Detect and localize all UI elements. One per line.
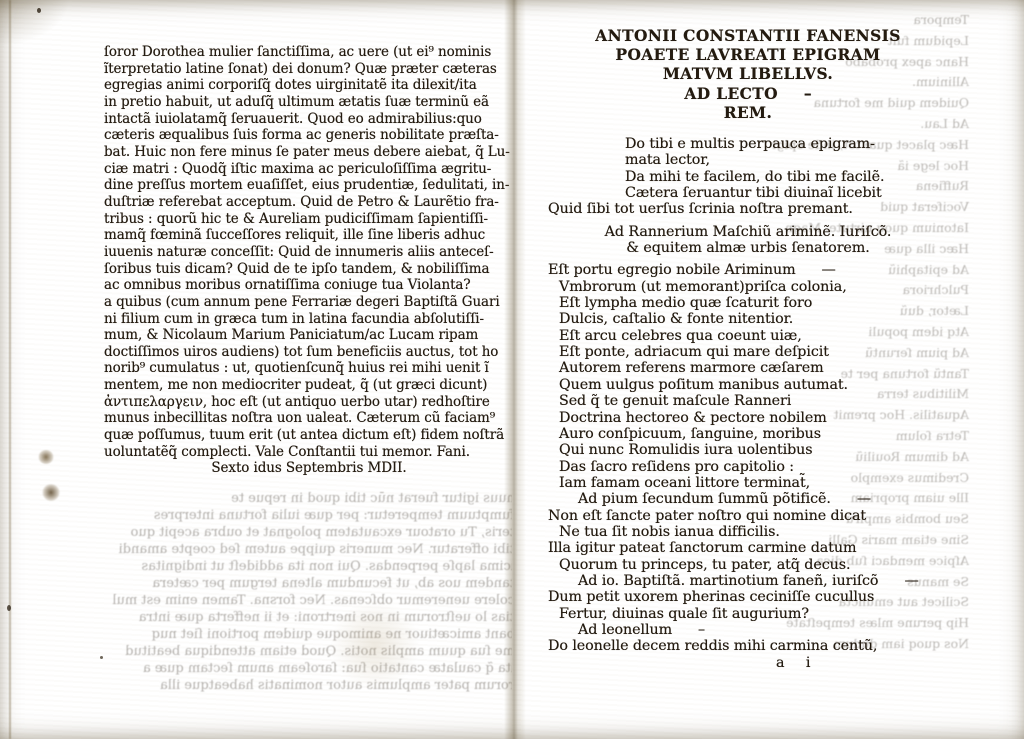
text-line: Non eſt ſancte pater noſtro qui nomine d… xyxy=(548,508,948,524)
text-line: ſoror Dorothea mulier ſanctiſſima, ac ue… xyxy=(104,44,512,61)
text-line: ĩterpretatio latine ſonat) dei donum? Qu… xyxy=(104,61,512,78)
right-page: TemporaLepidum fuitHanc apex probaboAlli… xyxy=(512,0,1024,739)
text-line: Vmbrorum (ut memorant)priſca colonia, xyxy=(548,279,948,295)
text-line: Eſt ponte, adriacum qui mare deſpicit xyxy=(548,344,948,360)
text-line: Dulcis, caſtalio & fonte nitentior. xyxy=(548,311,948,327)
text-line xyxy=(548,123,948,136)
text-line: cæteris æqualibus ſuis forma ac generis … xyxy=(104,127,512,144)
text-line: munus inbecillitas noſtra uon ualeat. Cæ… xyxy=(104,410,512,427)
left-page: nuus igitur fuerat nūc tibi quod in repu… xyxy=(0,0,512,739)
text-line: Cætera ſeruantur tibi diuinaĩ licebit xyxy=(548,185,948,201)
text-line: me ſua quum amplis notis. Quod etiam att… xyxy=(103,643,512,660)
text-line: ita q̃ caulatæ cantatio ſua: ſaroſeam an… xyxy=(103,660,512,677)
foxing-spot xyxy=(42,484,60,501)
showthrough-text: nuus igitur fuerat nūc tibi quod in repu… xyxy=(103,490,512,694)
corner-shadow xyxy=(0,0,70,46)
text-line: ac omnibus moribus ornatiſſima coniuge t… xyxy=(104,277,512,294)
text-line: a quibus (cum annum pene Ferrariæ degeri… xyxy=(104,294,512,311)
text-line: Ad pium ſecundum ſummũ põtificẽ.— xyxy=(548,491,948,507)
text-line: Ad leonellum– xyxy=(548,622,948,638)
text-line: bant amicætiuor ne animoque quidem porti… xyxy=(103,626,512,643)
text-line: duſtriæ referebat acceptum. Quid de Petr… xyxy=(104,194,512,211)
foxing-spot xyxy=(38,450,54,464)
text-line: nuus igitur fuerat nūc tibi quod in repu… xyxy=(103,490,512,507)
text-line: colere ueneremur obſcenas. Nec forsna. T… xyxy=(103,592,512,609)
text-line: Eſt portu egregio nobile Ariminum— xyxy=(548,262,948,278)
text-line: intactã iuiolatamq̃ ſeruauerit. Quod eo … xyxy=(104,111,512,128)
marginal-dash: – xyxy=(804,85,812,103)
text-line: Illa igitur pateat ſanctorum carmine dat… xyxy=(548,540,948,556)
text-line: tribus : quorũ hic te & Aureliam pudiciſ… xyxy=(104,211,512,228)
text-line: Das ſacro reſidens pro capitolio : xyxy=(548,459,948,475)
text-line: doctiſſimos uiros audiens) tot ſum benef… xyxy=(104,344,512,361)
text-line: ni filium cum in græca tum in latina fac… xyxy=(104,311,512,328)
text-line: teris, Tu oratour excautatem polognat et… xyxy=(103,524,512,541)
text-line: a i xyxy=(548,655,948,671)
text-line: tias lo ueſtrorum in nos inertroni: et i… xyxy=(103,609,512,626)
text-line: Eſt arcu celebres qua coeunt uiæ, xyxy=(548,328,948,344)
text-line: quæ poſſumus, tuum erit (ut antea dictum… xyxy=(104,427,512,444)
text-line: ἀντιπελαργειν, hoc eſt (ut antiquo uerbo… xyxy=(104,394,512,411)
text-line: Eſt lympha medio quæ ſcaturit foro xyxy=(548,295,948,311)
text-line: Fertur, diuinas quale ſit augurium? xyxy=(548,606,948,622)
paper-stain xyxy=(330,600,420,690)
text-line: mum, & Nicolaum Marium Paniciatum/ac Luc… xyxy=(104,327,512,344)
title-line: REM. xyxy=(548,104,948,123)
title-line: ANTONII CONSTANTII FANENSIS xyxy=(548,27,948,46)
text-line: egregias animi corporiſq̃ dotes uirginit… xyxy=(104,77,512,94)
page-fold-crease xyxy=(9,0,11,739)
text-line: mamq̃ fœminã ſucceſſores reliquit, ille … xyxy=(104,227,512,244)
text-line: Quorum tu princeps, tu pater, atq̃ decus… xyxy=(548,557,948,573)
text-line: Autorem referens marmore cæſarem xyxy=(548,360,948,376)
text-line: iuuenis naturæ conceſſit: Quid de innume… xyxy=(104,244,512,261)
text-line: uoluntatẽq̃ complecti. Vale Conſtantii t… xyxy=(104,444,512,461)
marginal-dash: — xyxy=(857,491,871,507)
text-line: Ad Rannerium Maſchiũ ariminẽ. Iuriſcõ. xyxy=(548,224,948,240)
left-page-text: ſoror Dorothea mulier ſanctiſſima, ac ue… xyxy=(104,44,512,477)
title-line: POAETE LAVREATI EPIGRAM xyxy=(548,46,948,65)
text-line: Quid ſibi tot uerſus ſcrinia noſtra prem… xyxy=(548,201,948,217)
text-line: norib⁹ cumulatus : ut, quotienſcunq̃ hui… xyxy=(104,360,512,377)
text-line: icima lapſe perpendas. Qui non ita addid… xyxy=(103,558,512,575)
text-line: Doctrina hectoreo & pectore nobilem xyxy=(548,410,948,426)
text-line: Sexto idus Septembris MDII. xyxy=(104,460,512,477)
text-line: Quem uulgus poſitum manibus autumat. xyxy=(548,377,948,393)
text-line: in pretio habuit, ut aduſq̃ ultimum ætat… xyxy=(104,94,512,111)
text-line: mentem, me non mediocriter pudeat, q̃ (u… xyxy=(104,377,512,394)
text-line: Qui nunc Romulidis iura uolentibus xyxy=(548,442,948,458)
title-line: AD LECTO– xyxy=(548,85,948,104)
right-page-text: ANTONII CONSTANTII FANENSISPOAETE LAVREA… xyxy=(548,27,948,671)
text-line: emata lector, xyxy=(548,152,948,168)
marginal-dash: – xyxy=(698,622,705,638)
text-line: Sed q̃ te genuit maſcule Ranneri xyxy=(548,393,948,409)
text-line: fumptuum temperetur: per quæ iulia fortu… xyxy=(103,507,512,524)
text-line: Auro conſpicuum, ſanguine, moribus xyxy=(548,426,948,442)
text-line: tandem uos ab, ut fecundum altena tergum… xyxy=(103,575,512,592)
text-line: bat. Huic non fere minus ſe pater meus d… xyxy=(104,144,512,161)
text-line: Do tibi e multis perpauca epigram- xyxy=(548,136,948,152)
text-line: Ne tua ſit nobis ianua difficilis. xyxy=(548,524,948,540)
text-line: rorum pater amplumis autor nominatis hab… xyxy=(103,677,512,694)
title-line: MATVM LIBELLVS. xyxy=(548,65,948,84)
text-line: & equitem almæ urbis ſenatorem. xyxy=(548,240,948,256)
text-line: Iam famam oceani littore terminat̃, xyxy=(548,475,948,491)
marginal-dash: — xyxy=(822,262,836,278)
text-line: Do leonelle decem reddis mihi carmina ce… xyxy=(548,638,948,654)
marginal-dash: — xyxy=(904,573,918,589)
ink-speck xyxy=(100,656,103,659)
text-line: ciæ matri : Quodq̃ iſtic maxima ac peric… xyxy=(104,161,512,178)
text-line: tibi offeratur. Nec muneris quippe autem… xyxy=(103,541,512,558)
text-line: ſoribus tuis dicam? Quid de te ipſo tand… xyxy=(104,261,512,278)
text-line: Dum petit uxorem pherinas ceciniſſe cucu… xyxy=(548,589,948,605)
text-line: Da mihi te facilem, do tibi me facilẽ. xyxy=(548,169,948,185)
text-line: Ad io. Baptiſtã. martinotium faneñ, iuri… xyxy=(548,573,948,589)
book-spread-scan: nuus igitur fuerat nūc tibi quod in repu… xyxy=(0,0,1024,739)
text-line: dine preſſus mortem euaſiſſet, eius prud… xyxy=(104,177,512,194)
